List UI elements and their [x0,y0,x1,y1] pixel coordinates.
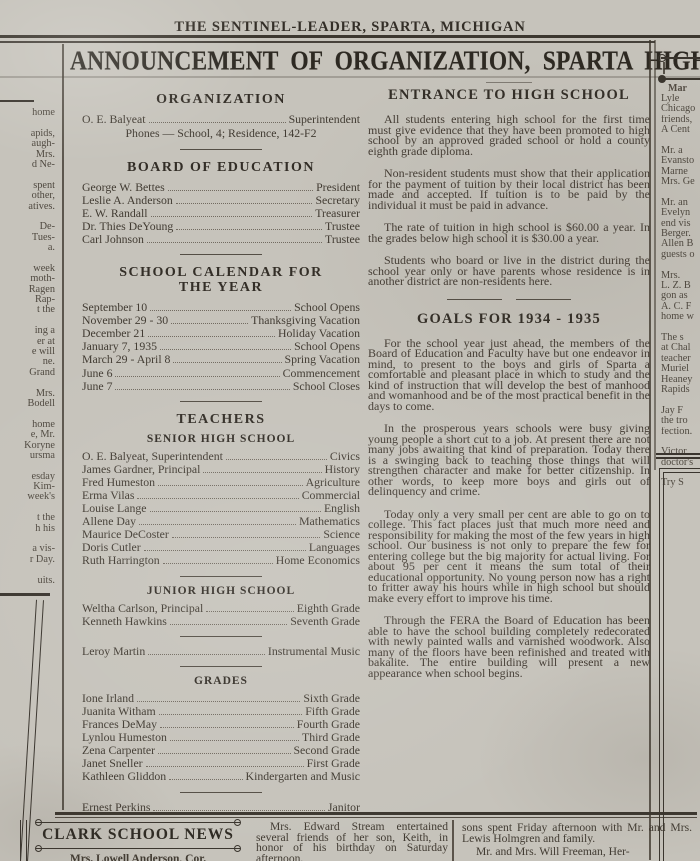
section-divider [180,576,262,577]
margin-fragment: er at [0,337,55,347]
section-divider [486,82,532,83]
margin-fragment: r Day. [0,555,55,565]
clark-frame-bottom [36,848,240,849]
margin-fragment: gon as [661,291,700,301]
directory-row: George W. Bettes President [82,181,360,194]
body-paragraph: Through the FERA the Board of Education … [368,615,650,678]
margin-fragment: The s [661,333,700,343]
bottom-section: CLARK SCHOOL NEWS Mrs. Lowell Anderson, … [0,820,700,861]
news-paragraph: sons spent Friday afternoon with Mr. and… [462,822,692,844]
margin-fragment [0,409,55,419]
dot-leader [163,563,273,564]
margin-fragment: ursma [0,451,55,461]
margin-fragment: home w [661,312,700,322]
dot-leader [115,376,279,377]
margin-fragment: doctor's [661,458,700,468]
margin-fragment: De- [0,222,55,232]
news-item-middle: Mrs. Edward Stream entertained several f… [256,822,448,861]
dot-leader [173,362,281,363]
directory-row: Kathleen Gliddon Kindergarten and Music [82,770,360,783]
dot-leader [158,753,290,754]
directory-row: O. E. Balyeat Superintendent [82,113,360,126]
section-divider [180,666,262,667]
margin-fragment [661,395,700,405]
main-headline: ANNOUNCEMENT OF ORGANIZATION, SPARTA HIG… [70,46,648,78]
person-role: Sixth Grade [303,692,360,705]
phones-line: Phones — School, 4; Residence, 142-F2 [82,126,360,141]
margin-fragment: home [0,420,55,430]
dot-leader [137,498,298,499]
person-role: Kindergarten and Music [246,770,360,783]
margin-fragment: Allen B [661,239,700,249]
right-margin-frame-line [661,78,700,80]
margin-fragment: Chicago [661,104,700,114]
margin-fragment: Mr. a [661,146,700,156]
right-column-rule-inner [654,40,656,470]
right-margin-rule [656,453,700,455]
margin-fragment: Marne [661,167,700,177]
person-role: Secretary [315,194,360,207]
margin-fragment: Mrs. [0,150,55,160]
person-name: Ruth Harrington [82,554,160,567]
dot-leader [147,242,322,243]
right-margin-ad-box [659,468,700,861]
margin-fragment: Jay F [661,406,700,416]
junior-high-rows: Weltha Carlson, Principal Eighth Grade K… [82,602,360,628]
person-role: President [316,181,360,194]
body-paragraph: The rate of tuition in high school is $6… [368,222,650,243]
directory-row: June 7 School Closes [82,380,360,393]
margin-fragment: apids, [0,129,55,139]
person-name: Dr. Thies DeYoung [82,220,173,233]
music-rows: Leroy Martin Instrumental Music [82,645,360,658]
board-rows: George W. Bettes President Leslie A. And… [82,181,360,246]
margin-fragment: ing a [0,326,55,336]
headline-underline [0,76,700,78]
newspaper-scan-page: THE SENTINEL-LEADER, SPARTA, MICHIGAN AN… [0,0,700,861]
margin-fragment: at Chal [661,343,700,353]
clark-school-news-box: CLARK SCHOOL NEWS Mrs. Lowell Anderson, … [36,822,240,861]
right-margin-column: LyleChicagofriends,A CentMr. aEvanstoMar… [661,94,700,489]
margin-fragment [0,170,55,180]
person-role: Trustee [325,220,360,233]
margin-fragment [661,323,700,333]
margin-fragment: end vis [661,219,700,229]
margin-fragment: ne. [0,357,55,367]
margin-fragment: Rapids [661,385,700,395]
dot-leader [160,727,294,728]
margin-fragment [0,378,55,388]
margin-fragment [0,316,55,326]
directory-row: Leslie A. Anderson Secretary [82,194,360,207]
person-name: Ione Irland [82,692,134,705]
margin-fragment: Bodell [0,399,55,409]
dot-leader [146,766,304,767]
top-rule-secondary [0,41,655,43]
margin-fragment [0,253,55,263]
dot-leader [160,349,291,350]
bottom-rule-heavy [55,812,697,815]
person-role: Trustee [325,233,360,246]
section-divider [180,792,262,793]
directory-row: O. E. Balyeat, Superintendent Civics [82,450,360,463]
person-name: O. E. Balyeat [82,113,146,126]
dot-leader [170,624,287,625]
directory-row: March 29 - April 8 Spring Vacation [82,353,360,366]
person-role: Civics [330,450,360,463]
section-divider-double [368,299,650,300]
person-name: O. E. Balyeat, Superintendent [82,450,223,463]
margin-fragment: home [0,108,55,118]
person-name: Leroy Martin [82,645,145,658]
margin-fragment: Berger. [661,229,700,239]
bottom-rule-thin [55,817,697,818]
entrance-heading: ENTRANCE TO HIGH SCHOOL [368,87,650,103]
left-column-rule [62,44,64,810]
person-role: History [325,463,360,476]
margin-fragment [661,188,700,198]
person-role: Treasurer [315,207,360,220]
margin-fragment: uits. [0,576,55,586]
margin-fragment: Evansto [661,156,700,166]
news-paragraph: Mr. and Mrs. Will Freeman, Her- [462,846,692,857]
dot-leader [176,229,322,230]
person-name: Carl Johnson [82,233,144,246]
senior-high-rows: O. E. Balyeat, Superintendent Civics Jam… [82,450,360,568]
margin-fragment: augh- [0,139,55,149]
dot-leader [159,714,303,715]
clark-news-title: CLARK SCHOOL NEWS [36,826,240,844]
directory-row: Ione Irland Sixth Grade [82,692,360,705]
directory-row: Carl Johnson Trustee [82,233,360,246]
margin-fragment: a. [0,243,55,253]
margin-fragment: Mrs. [0,389,55,399]
person-name: Kenneth Hawkins [82,615,167,628]
directory-row: E. W. Randall Treasurer [82,207,360,220]
grades-rows: Ione Irland Sixth Grade Juanita Witham F… [82,692,360,784]
margin-fragment [661,437,700,447]
top-rule-heavy [0,35,700,38]
body-paragraph: Today only a very small per cent are abl… [368,509,650,604]
person-name: Leslie A. Anderson [82,194,173,207]
dot-leader [148,654,265,655]
directory-row: Weltha Carlson, Principal Eighth Grade [82,602,360,615]
goals-paragraphs: For the school year just ahead, the memb… [368,338,650,679]
right-margin-frame-line [661,57,700,59]
dot-leader [169,779,242,780]
margin-fragment: esday [0,472,55,482]
margin-fragment: Mar [668,83,687,94]
dot-leader [139,524,296,525]
body-paragraph: All students entering high school for th… [368,114,650,156]
directory-row: June 6 Commencement [82,367,360,380]
right-margin-frame-tick [663,62,665,74]
left-margin-column: homeapids,augh-Mrs.d Ne-spentother,ative… [0,108,55,586]
margin-fragment: moth- [0,274,55,284]
margin-fragment [661,136,700,146]
dot-leader [115,389,289,390]
margin-fragment: week's [0,492,55,502]
margin-fragment [0,212,55,222]
margin-fragment: Mr. an [661,198,700,208]
margin-fragment: Muriel [661,364,700,374]
dot-leader [170,740,299,741]
margin-fragment: the tro [661,416,700,426]
margin-fragment: A. C. F [661,302,700,312]
dot-leader [176,203,313,204]
dot-leader [158,485,303,486]
margin-fragment: other, [0,191,55,201]
person-name: June 7 [82,380,112,393]
body-paragraph: In the prosperous years schools were bus… [368,423,650,497]
person-name: E. W. Randall [82,207,148,220]
margin-fragment: week [0,264,55,274]
person-role: Superintendent [289,113,360,126]
clark-frame-top [36,822,240,823]
section-divider [180,254,262,255]
person-name: James Gardner, Principal [82,463,200,476]
margin-fragment: guests o [661,250,700,260]
person-role: Home Economics [276,554,360,567]
margin-fragment: A Cent [661,125,700,135]
directory-row: Leroy Martin Instrumental Music [82,645,360,658]
person-name: Weltha Carlson, Principal [82,602,203,615]
section-divider [180,401,262,402]
margin-fragment [661,260,700,270]
section-divider [180,149,262,150]
bottom-column-rule [452,820,454,861]
margin-fragment: Grand [0,368,55,378]
clark-correspondent: Mrs. Lowell Anderson, Cor. [36,853,240,861]
left-column: ORGANIZATION O. E. Balyeat Superintenden… [82,92,360,814]
margin-fragment: Mrs. Ge [661,177,700,187]
person-name: March 29 - April 8 [82,353,170,366]
dot-leader [168,190,313,191]
right-column: ENTRANCE TO HIGH SCHOOL All students ent… [368,82,650,690]
masthead-title: THE SENTINEL-LEADER, SPARTA, MICHIGAN [0,19,700,36]
margin-fragment: Lyle [661,94,700,104]
margin-fragment: teacher [661,354,700,364]
person-name: Kathleen Gliddon [82,770,166,783]
organization-rows: O. E. Balyeat Superintendent [82,113,360,126]
grades-subheading: GRADES [82,675,360,688]
margin-fragment: e, Mr. [0,430,55,440]
margin-fragment: Heaney [661,375,700,385]
dot-leader [203,472,321,473]
dot-leader [149,122,286,123]
margin-fragment: Kim- [0,482,55,492]
margin-fragment: fection. [661,427,700,437]
person-role: Eighth Grade [297,602,360,615]
clark-box-left-border [20,820,27,861]
person-role: Spring Vacation [285,353,360,366]
dot-leader [226,459,327,460]
margin-fragment [0,461,55,471]
dot-leader [172,537,321,538]
directory-row: James Gardner, Principal History [82,463,360,476]
margin-fragment: t the [0,513,55,523]
dot-leader [148,336,275,337]
margin-fragment: Rap- [0,295,55,305]
junior-high-subheading: JUNIOR HIGH SCHOOL [82,585,360,598]
person-name: George W. Bettes [82,181,165,194]
margin-fragment: Ragen [0,285,55,295]
margin-fragment [0,503,55,513]
margin-fragment: Mrs. [661,271,700,281]
entrance-paragraphs: All students entering high school for th… [368,114,650,287]
goals-heading: GOALS FOR 1934 - 1935 [368,311,650,327]
margin-fragment [0,565,55,575]
dot-leader [144,550,306,551]
calendar-heading: SCHOOL CALENDAR FOR THE YEAR [105,265,337,295]
margin-fragment: Tues- [0,233,55,243]
margin-fragment: Koryne [0,441,55,451]
body-paragraph: For the school year just ahead, the memb… [368,338,650,412]
person-role: Seventh Grade [290,615,360,628]
margin-fragment: friends, [661,115,700,125]
margin-fragment: Evelyn [661,208,700,218]
person-role: School Closes [293,380,360,393]
directory-row: Dr. Thies DeYoung Trustee [82,220,360,233]
dot-leader [150,310,291,311]
margin-fragment: t the [0,305,55,315]
dot-leader [153,810,324,811]
margin-fragment: d Ne- [0,160,55,170]
section-divider [180,636,262,637]
dot-leader [151,216,313,217]
left-margin-rule [0,593,50,596]
senior-high-subheading: SENIOR HIGH SCHOOL [82,433,360,446]
body-paragraph: Non-resident students must show that the… [368,168,650,210]
person-role: Instrumental Music [268,645,360,658]
directory-row: Kenneth Hawkins Seventh Grade [82,615,360,628]
dot-leader [137,701,300,702]
person-role: Commencement [283,367,360,380]
news-item-right: sons spent Friday afternoon with Mr. and… [462,822,692,857]
directory-row: Ruth Harrington Home Economics [82,554,360,567]
dot-leader [150,511,321,512]
margin-fragment: L. Z. B [661,281,700,291]
board-heading: BOARD OF EDUCATION [82,160,360,175]
margin-fragment: a vis- [0,544,55,554]
margin-fragment [0,534,55,544]
margin-fragment [0,118,55,128]
margin-fragment: spent [0,181,55,191]
left-margin-rule-top [0,100,34,102]
teachers-heading: TEACHERS [82,412,360,427]
calendar-rows: September 10 School Opens November 29 - … [82,301,360,393]
dot-leader [206,611,294,612]
dot-leader [171,323,248,324]
organization-heading: ORGANIZATION [82,92,360,107]
body-paragraph: Students who board or live in the distri… [368,255,650,287]
person-name: June 6 [82,367,112,380]
margin-fragment: atives. [0,202,55,212]
margin-fragment: e will [0,347,55,357]
margin-fragment: h his [0,524,55,534]
